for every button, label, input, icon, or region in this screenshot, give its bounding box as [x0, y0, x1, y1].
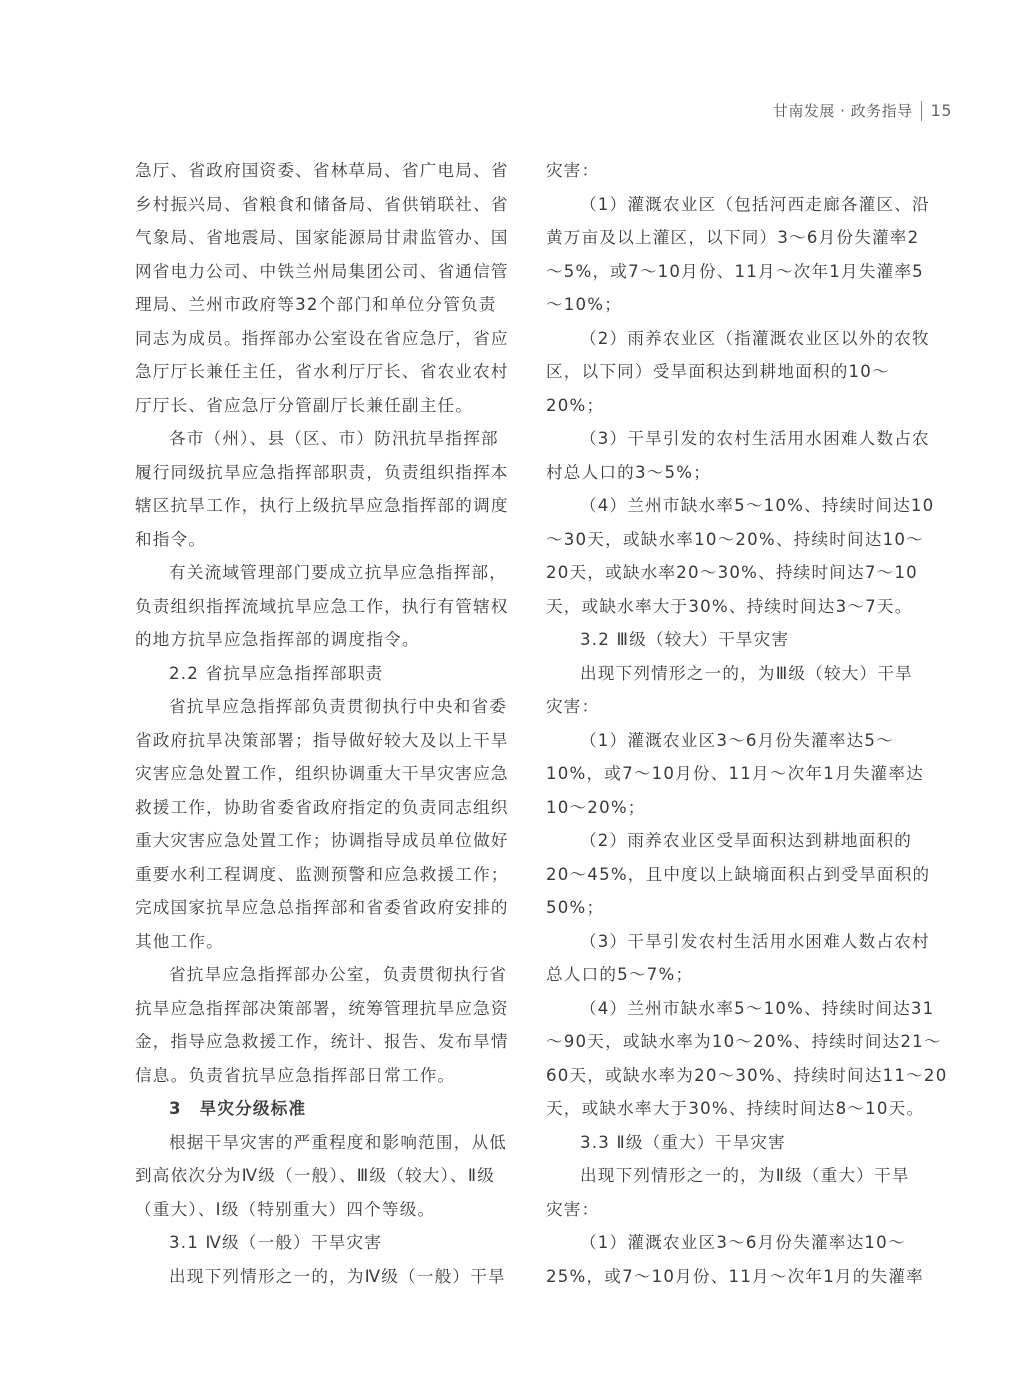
text-line: 20天，或缺水率20～30%、持续时间达7～10	[546, 556, 924, 590]
text-line: 出现下列情形之一的，为Ⅳ级（一般）干旱	[135, 1260, 513, 1294]
text-line: （3）干旱引发农村生活用水困难人数占农村	[546, 925, 924, 959]
publication-title: 甘南发展 · 政务指导	[773, 100, 913, 121]
text-line: 同志为成员。指挥部办公室设在省应急厅，省应	[135, 322, 513, 356]
text-line: 灾害：	[546, 690, 924, 724]
text-line: 履行同级抗旱应急指挥部职责，负责组织指挥本	[135, 456, 513, 490]
text-line: （1）灌溉农业区3～6月份失灌率达5～	[546, 724, 924, 758]
text-line: 根据干旱灾害的严重程度和影响范围，从低	[135, 1126, 513, 1160]
text-line: 天，或缺水率大于30%、持续时间达3～7天。	[546, 590, 924, 624]
text-line: 20～45%，且中度以上缺墒面积占到受旱面积的	[546, 858, 924, 892]
right-text-column: 灾害：（1）灌溉农业区（包括河西走廊各灌区、沿黄万亩及以上灌区，以下同）3～6月…	[546, 154, 924, 1293]
text-line: 省政府抗旱决策部署；指导做好较大及以上干旱	[135, 724, 513, 758]
text-line: 网省电力公司、中铁兰州局集团公司、省通信管	[135, 255, 513, 289]
text-line: （2）雨养农业区受旱面积达到耕地面积的	[546, 824, 924, 858]
text-line: （4）兰州市缺水率5～10%、持续时间达31	[546, 992, 924, 1026]
text-line: 25%，或7～10月份、11月～次年1月的失灌率	[546, 1260, 924, 1294]
text-line: 出现下列情形之一的，为Ⅱ级（重大）干旱	[546, 1159, 924, 1193]
section-heading: 3.2 Ⅲ级（较大）干旱灾害	[546, 623, 924, 657]
text-line: 10～20%；	[546, 791, 924, 825]
text-line: 出现下列情形之一的，为Ⅲ级（较大）干旱	[546, 657, 924, 691]
text-line: ～5%，或7～10月份、11月～次年1月失灌率5	[546, 255, 924, 289]
text-line: 的地方抗旱应急指挥部的调度指令。	[135, 623, 513, 657]
text-line: （1）灌溉农业区3～6月份失灌率达10～	[546, 1226, 924, 1260]
text-line: 抗旱应急指挥部决策部署，统筹管理抗旱应急资	[135, 992, 513, 1026]
text-line: 负责组织指挥流域抗旱应急工作，执行有管辖权	[135, 590, 513, 624]
text-line: 10%，或7～10月份、11月～次年1月失灌率达	[546, 757, 924, 791]
text-line: 完成国家抗旱应急总指挥部和省委省政府安排的	[135, 891, 513, 925]
text-line: （1）灌溉农业区（包括河西走廊各灌区、沿	[546, 188, 924, 222]
text-line: 和指令。	[135, 523, 513, 557]
section-heading: 2.2 省抗旱应急指挥部职责	[135, 657, 513, 691]
text-line: （重大）、Ⅰ级（特别重大）四个等级。	[135, 1193, 513, 1227]
text-line: ～90天，或缺水率为10～20%、持续时间达21～	[546, 1025, 924, 1059]
text-line: 20%；	[546, 389, 924, 423]
text-line: 灾害应急处置工作，组织协调重大干旱灾害应急	[135, 757, 513, 791]
text-line: ～30天，或缺水率10～20%、持续时间达10～	[546, 523, 924, 557]
text-line: 理局、兰州市政府等32个部门和单位分管负责	[135, 288, 513, 322]
section-heading: 3.1 Ⅳ级（一般）干旱灾害	[135, 1226, 513, 1260]
text-line: （3）干旱引发的农村生活用水困难人数占农	[546, 422, 924, 456]
text-line: 到高依次分为Ⅳ级（一般）、Ⅲ级（较大）、Ⅱ级	[135, 1159, 513, 1193]
text-line: 重要水利工程调度、监测预警和应急救援工作；	[135, 858, 513, 892]
text-line: 重大灾害应急处置工作；协调指导成员单位做好	[135, 824, 513, 858]
section-heading: 3.3 Ⅱ级（重大）干旱灾害	[546, 1126, 924, 1160]
text-line: 其他工作。	[135, 925, 513, 959]
text-line: 气象局、省地震局、国家能源局甘肃监管办、国	[135, 221, 513, 255]
text-line: 乡村振兴局、省粮食和储备局、省供销联社、省	[135, 188, 513, 222]
text-line: 村总人口的3～5%；	[546, 456, 924, 490]
text-line: ～10%；	[546, 288, 924, 322]
text-line: 信息。负责省抗旱应急指挥部日常工作。	[135, 1059, 513, 1093]
text-line: （4）兰州市缺水率5～10%、持续时间达10	[546, 489, 924, 523]
text-line: （2）雨养农业区（指灌溉农业区以外的农牧	[546, 322, 924, 356]
text-line: 50%；	[546, 891, 924, 925]
text-line: 省抗旱应急指挥部办公室，负责贯彻执行省	[135, 958, 513, 992]
left-text-column: 急厅、省政府国资委、省林草局、省广电局、省乡村振兴局、省粮食和储备局、省供销联社…	[135, 154, 513, 1293]
text-line: 各市（州）、县（区、市）防汛抗旱指挥部	[135, 422, 513, 456]
text-line: 灾害：	[546, 154, 924, 188]
text-line: 有关流域管理部门要成立抗旱应急指挥部，	[135, 556, 513, 590]
text-line: 总人口的5～7%；	[546, 958, 924, 992]
text-line: 天，或缺水率大于30%、持续时间达8～10天。	[546, 1092, 924, 1126]
text-line: 厅厅长、省应急厅分管副厅长兼任副主任。	[135, 389, 513, 423]
text-line: 金，指导应急救援工作，统计、报告、发布旱情	[135, 1025, 513, 1059]
header-divider	[921, 101, 922, 121]
section-heading: 3 旱灾分级标准	[135, 1092, 513, 1126]
text-line: 辖区抗旱工作，执行上级抗旱应急指挥部的调度	[135, 489, 513, 523]
running-header: 甘南发展 · 政务指导 15	[773, 100, 952, 121]
text-line: 60天，或缺水率为20～30%、持续时间达11～20	[546, 1059, 924, 1093]
text-line: 急厅厅长兼任主任，省水利厅厅长、省农业农村	[135, 355, 513, 389]
text-line: 急厅、省政府国资委、省林草局、省广电局、省	[135, 154, 513, 188]
text-line: 救援工作，协助省委省政府指定的负责同志组织	[135, 791, 513, 825]
page-number: 15	[931, 101, 952, 120]
text-line: 区，以下同）受旱面积达到耕地面积的10～	[546, 355, 924, 389]
text-line: 黄万亩及以上灌区，以下同）3～6月份失灌率2	[546, 221, 924, 255]
text-line: 灾害：	[546, 1193, 924, 1227]
text-line: 省抗旱应急指挥部负责贯彻执行中央和省委	[135, 690, 513, 724]
